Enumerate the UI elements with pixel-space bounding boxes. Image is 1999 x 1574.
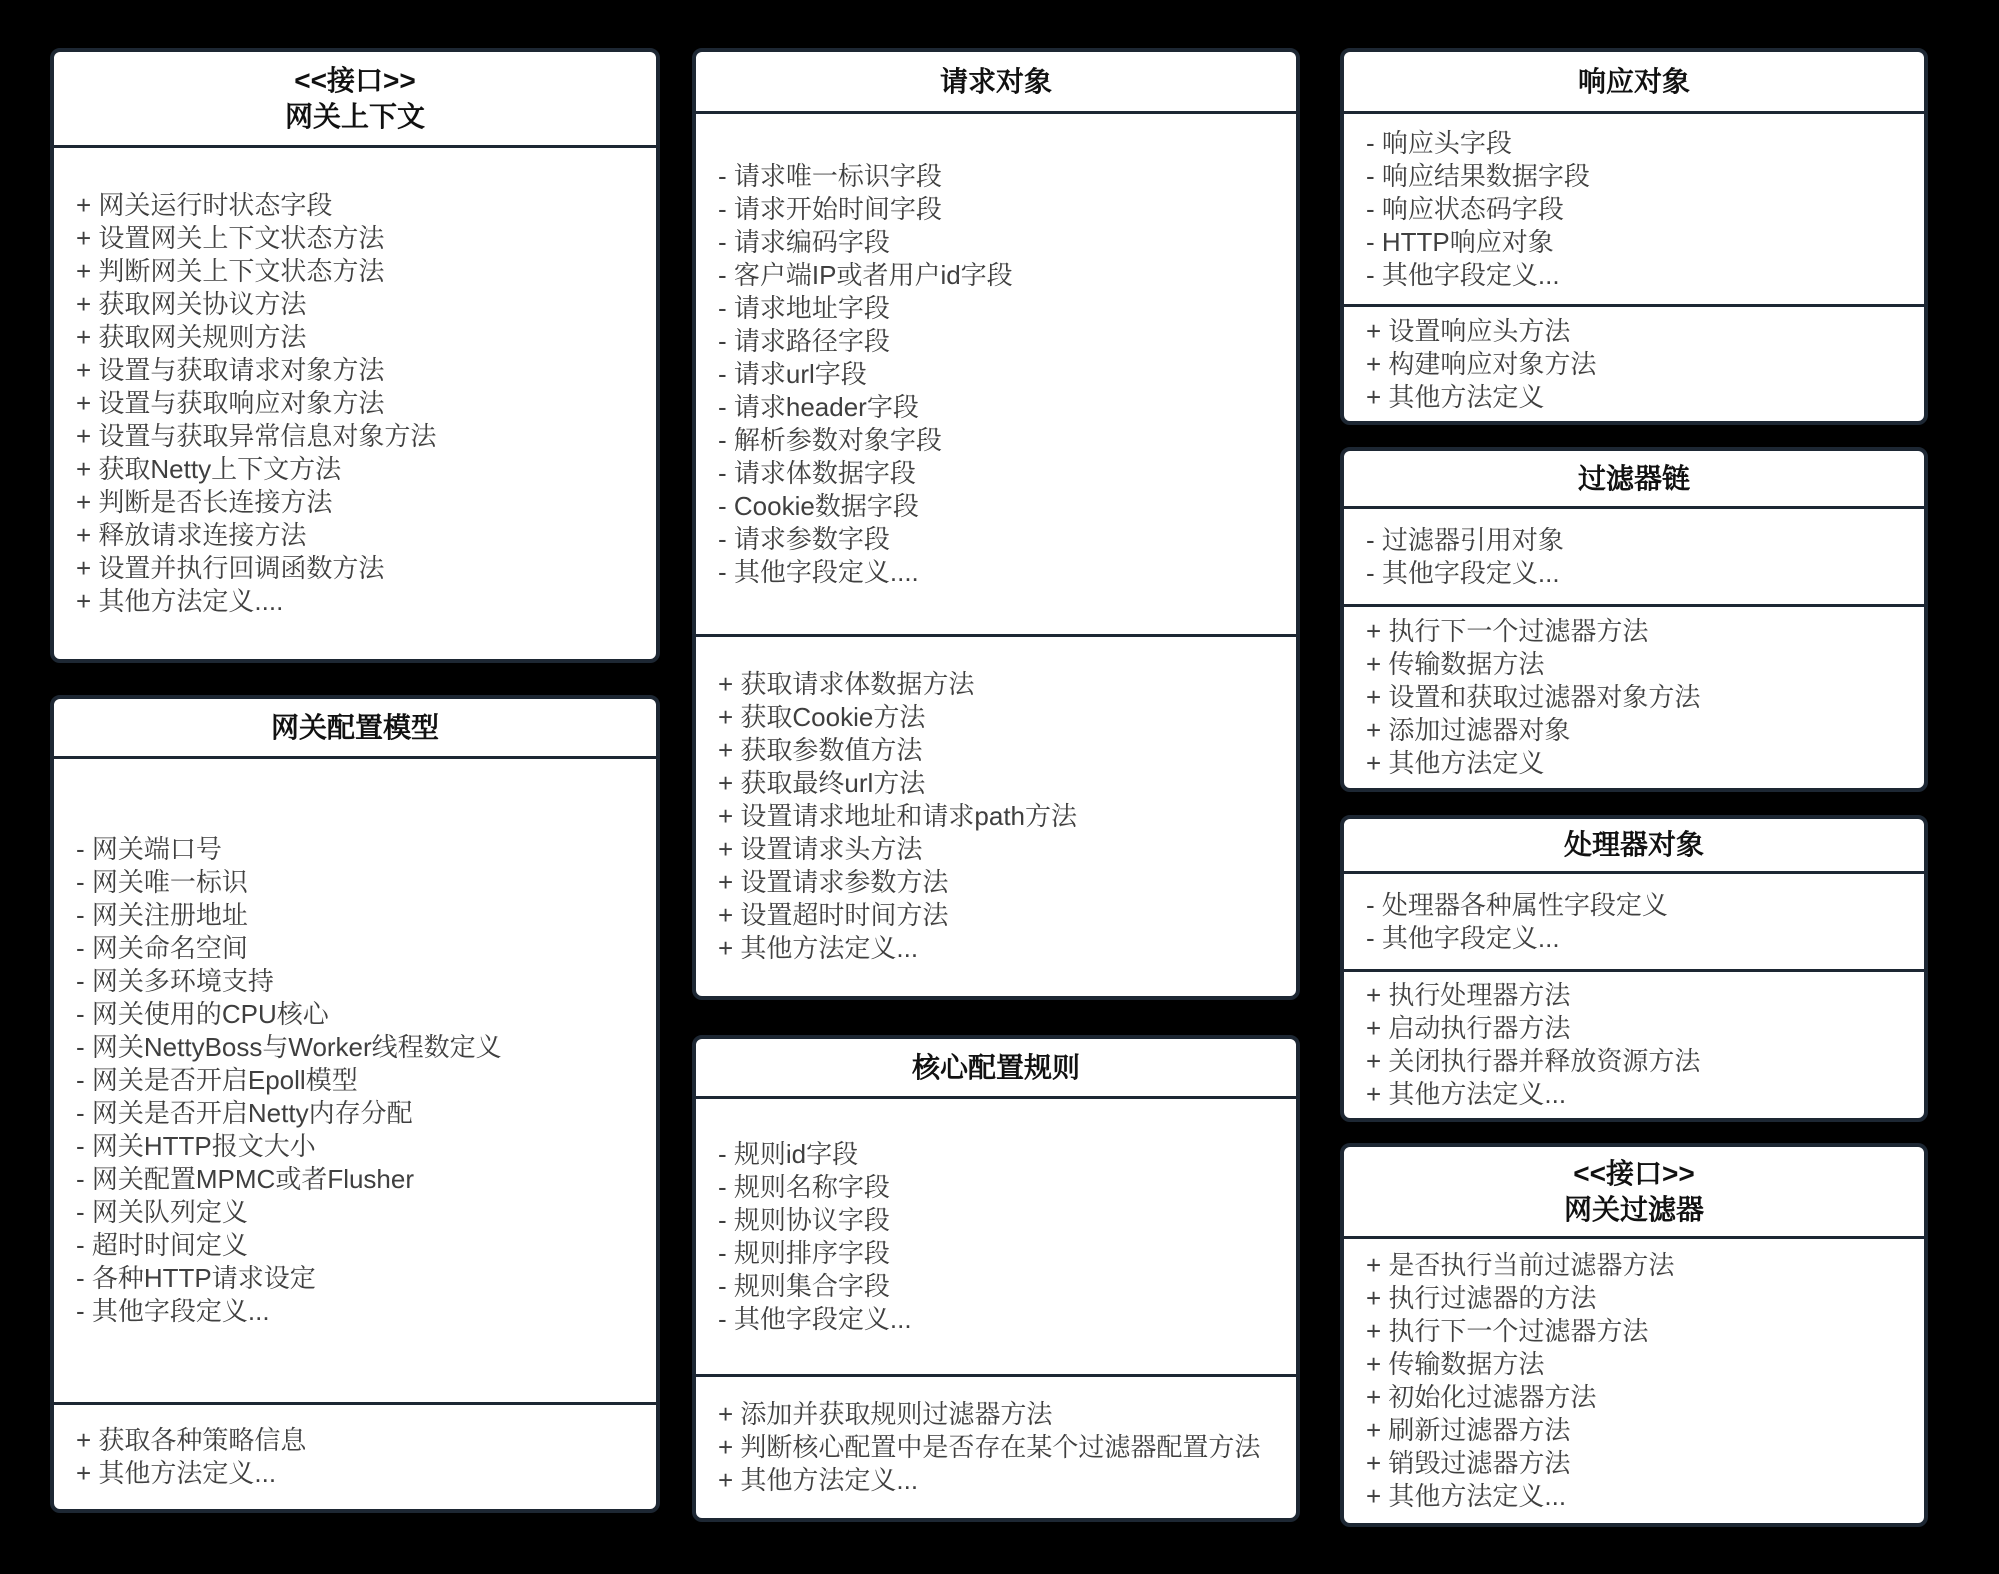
member-row: - 各种HTTP请求设定: [76, 1262, 316, 1295]
member-row: + 判断核心配置中是否存在某个过滤器配置方法: [718, 1431, 1260, 1464]
member-row: - 规则排序字段: [718, 1237, 890, 1270]
member-row: + 获取Netty上下文方法: [76, 453, 341, 486]
fields-section: - 响应头字段- 响应结果数据字段- 响应状态码字段- HTTP响应对象- 其他…: [1344, 114, 1924, 304]
member-row: + 其他方法定义...: [1366, 1480, 1566, 1513]
fields-section: - 过滤器引用对象- 其他字段定义...: [1344, 509, 1924, 604]
member-row: - 请求header字段: [718, 391, 919, 424]
member-row: + 传输数据方法: [1366, 648, 1544, 681]
member-row: - 其他字段定义...: [1366, 922, 1560, 955]
member-row: - 请求编码字段: [718, 226, 890, 259]
member-row: + 其他方法定义...: [1366, 1078, 1566, 1111]
class-header-filter-chain: 过滤器链: [1344, 451, 1924, 509]
fields-section: - 规则id字段- 规则名称字段- 规则协议字段- 规则排序字段- 规则集合字段…: [696, 1099, 1296, 1374]
member-row: + 是否执行当前过滤器方法: [1366, 1249, 1674, 1282]
member-row: - 网关是否开启Epoll模型: [76, 1064, 358, 1097]
member-row: - 网关唯一标识: [76, 866, 248, 899]
class-name: 核心配置规则: [912, 1050, 1080, 1086]
class-box-filter-chain: 过滤器链 - 过滤器引用对象- 其他字段定义... + 执行下一个过滤器方法+ …: [1340, 447, 1928, 792]
member-row: - 网关HTTP报文大小: [76, 1130, 316, 1163]
member-row: + 判断是否长连接方法: [76, 486, 332, 519]
class-header-gateway-config-model: 网关配置模型: [54, 699, 656, 759]
class-header-response-object: 响应对象: [1344, 52, 1924, 114]
stereotype-label: <<接口>>: [294, 63, 415, 99]
member-row: + 设置和获取过滤器对象方法: [1366, 681, 1700, 714]
methods-section: + 设置响应头方法+ 构建响应对象方法+ 其他方法定义: [1344, 304, 1924, 421]
member-row: - 响应状态码字段: [1366, 193, 1564, 226]
fields-section: - 请求唯一标识字段- 请求开始时间字段- 请求编码字段- 客户端IP或者用户i…: [696, 114, 1296, 634]
member-row: - 过滤器引用对象: [1366, 524, 1564, 557]
member-row: + 执行下一个过滤器方法: [1366, 1315, 1648, 1348]
uml-class-diagram: <<接口>> 网关上下文 + 网关运行时状态字段+ 设置网关上下文状态方法+ 判…: [0, 0, 1999, 1574]
member-row: + 其他方法定义...: [76, 1457, 276, 1490]
methods-section: + 添加并获取规则过滤器方法+ 判断核心配置中是否存在某个过滤器配置方法+ 其他…: [696, 1374, 1296, 1518]
member-row: + 其他方法定义...: [718, 932, 918, 965]
member-row: - 请求参数字段: [718, 523, 890, 556]
member-row: - 规则集合字段: [718, 1270, 890, 1303]
member-row: + 获取网关规则方法: [76, 321, 306, 354]
member-row: - 解析参数对象字段: [718, 424, 942, 457]
class-header-request-object: 请求对象: [696, 52, 1296, 114]
member-row: + 关闭执行器并释放资源方法: [1366, 1045, 1700, 1078]
class-name: 响应对象: [1578, 64, 1690, 100]
member-row: - 请求地址字段: [718, 292, 890, 325]
member-row: - HTTP响应对象: [1366, 226, 1554, 259]
member-row: + 获取请求体数据方法: [718, 668, 974, 701]
member-row: + 设置与获取请求对象方法: [76, 354, 384, 387]
member-row: - 规则名称字段: [718, 1171, 890, 1204]
member-row: - 网关多环境支持: [76, 965, 274, 998]
member-row: - 其他字段定义...: [76, 1295, 270, 1328]
member-row: - 网关是否开启Netty内存分配: [76, 1097, 413, 1130]
class-name: 网关配置模型: [271, 710, 439, 746]
member-row: - Cookie数据字段: [718, 490, 919, 523]
member-row: + 设置请求地址和请求path方法: [718, 800, 1077, 833]
member-row: + 传输数据方法: [1366, 1348, 1544, 1381]
member-row: + 设置请求参数方法: [718, 866, 948, 899]
member-row: + 获取各种策略信息: [76, 1424, 306, 1457]
methods-section: + 获取请求体数据方法+ 获取Cookie方法+ 获取参数值方法+ 获取最终ur…: [696, 634, 1296, 996]
member-row: - 请求路径字段: [718, 325, 890, 358]
fields-section: - 网关端口号- 网关唯一标识- 网关注册地址- 网关命名空间- 网关多环境支持…: [54, 759, 656, 1402]
member-row: + 设置请求头方法: [718, 833, 922, 866]
member-row: + 获取参数值方法: [718, 734, 922, 767]
member-row: - 请求唯一标识字段: [718, 160, 942, 193]
member-row: + 获取网关协议方法: [76, 288, 306, 321]
class-name: 处理器对象: [1564, 827, 1704, 863]
class-box-gateway-config-model: 网关配置模型 - 网关端口号- 网关唯一标识- 网关注册地址- 网关命名空间- …: [50, 695, 660, 1513]
member-row: + 网关运行时状态字段: [76, 189, 332, 222]
member-row: - 网关NettyBoss与Worker线程数定义: [76, 1031, 502, 1064]
member-row: + 设置网关上下文状态方法: [76, 222, 384, 255]
class-name: 网关过滤器: [1564, 1192, 1704, 1228]
member-row: - 网关命名空间: [76, 932, 248, 965]
class-header-gateway-context: <<接口>> 网关上下文: [54, 52, 656, 148]
member-row: - 规则id字段: [718, 1138, 858, 1171]
member-row: - 网关注册地址: [76, 899, 248, 932]
class-header-core-config-rule: 核心配置规则: [696, 1039, 1296, 1099]
member-row: + 其他方法定义....: [76, 585, 283, 618]
class-name: 过滤器链: [1578, 461, 1690, 497]
member-row: + 启动执行器方法: [1366, 1012, 1570, 1045]
class-box-request-object: 请求对象 - 请求唯一标识字段- 请求开始时间字段- 请求编码字段- 客户端IP…: [692, 48, 1300, 1000]
class-name: 网关上下文: [285, 99, 425, 135]
member-row: + 其他方法定义: [1366, 381, 1544, 414]
member-row: - 规则协议字段: [718, 1204, 890, 1237]
member-row: + 刷新过滤器方法: [1366, 1414, 1570, 1447]
methods-section: + 执行处理器方法+ 启动执行器方法+ 关闭执行器并释放资源方法+ 其他方法定义…: [1344, 969, 1924, 1118]
methods-section: + 执行下一个过滤器方法+ 传输数据方法+ 设置和获取过滤器对象方法+ 添加过滤…: [1344, 604, 1924, 788]
member-row: - 请求开始时间字段: [718, 193, 942, 226]
member-row: + 销毁过滤器方法: [1366, 1447, 1570, 1480]
class-header-gateway-filter: <<接口>> 网关过滤器: [1344, 1147, 1924, 1239]
methods-section: + 获取各种策略信息+ 其他方法定义...: [54, 1402, 656, 1509]
member-row: - 处理器各种属性字段定义: [1366, 889, 1668, 922]
member-row: - 超时时间定义: [76, 1229, 248, 1262]
class-name: 请求对象: [940, 64, 1052, 100]
member-row: + 其他方法定义: [1366, 747, 1544, 780]
member-row: + 添加并获取规则过滤器方法: [718, 1398, 1052, 1431]
member-row: - 请求体数据字段: [718, 457, 916, 490]
member-row: - 客户端IP或者用户id字段: [718, 259, 1013, 292]
member-row: + 设置与获取响应对象方法: [76, 387, 384, 420]
member-row: - 其他字段定义....: [718, 556, 919, 589]
member-row: + 执行过滤器的方法: [1366, 1282, 1596, 1315]
member-row: - 响应结果数据字段: [1366, 160, 1590, 193]
member-row: - 网关端口号: [76, 833, 222, 866]
member-row: + 获取最终url方法: [718, 767, 925, 800]
member-row: + 执行下一个过滤器方法: [1366, 615, 1648, 648]
class-box-response-object: 响应对象 - 响应头字段- 响应结果数据字段- 响应状态码字段- HTTP响应对…: [1340, 48, 1928, 425]
member-row: + 执行处理器方法: [1366, 979, 1570, 1012]
fields-section: - 处理器各种属性字段定义- 其他字段定义...: [1344, 874, 1924, 969]
member-row: + 构建响应对象方法: [1366, 348, 1596, 381]
member-row: + 设置响应头方法: [1366, 315, 1570, 348]
class-header-handler-object: 处理器对象: [1344, 819, 1924, 874]
member-row: + 获取Cookie方法: [718, 701, 925, 734]
member-row: - 网关队列定义: [76, 1196, 248, 1229]
member-row: - 请求url字段: [718, 358, 867, 391]
member-row: - 其他字段定义...: [1366, 259, 1560, 292]
methods-section: + 网关运行时状态字段+ 设置网关上下文状态方法+ 判断网关上下文状态方法+ 获…: [54, 148, 656, 659]
member-row: + 添加过滤器对象: [1366, 714, 1570, 747]
class-box-gateway-context: <<接口>> 网关上下文 + 网关运行时状态字段+ 设置网关上下文状态方法+ 判…: [50, 48, 660, 663]
class-box-handler-object: 处理器对象 - 处理器各种属性字段定义- 其他字段定义... + 执行处理器方法…: [1340, 815, 1928, 1122]
stereotype-label: <<接口>>: [1573, 1156, 1694, 1192]
member-row: + 设置与获取异常信息对象方法: [76, 420, 436, 453]
member-row: - 其他字段定义...: [1366, 557, 1560, 590]
member-row: + 设置超时时间方法: [718, 899, 948, 932]
member-row: + 判断网关上下文状态方法: [76, 255, 384, 288]
member-row: - 其他字段定义...: [718, 1303, 912, 1336]
member-row: - 网关使用的CPU核心: [76, 998, 329, 1031]
class-box-core-config-rule: 核心配置规则 - 规则id字段- 规则名称字段- 规则协议字段- 规则排序字段-…: [692, 1035, 1300, 1522]
member-row: - 网关配置MPMC或者Flusher: [76, 1163, 414, 1196]
member-row: + 释放请求连接方法: [76, 519, 306, 552]
member-row: + 设置并执行回调函数方法: [76, 552, 384, 585]
member-row: - 响应头字段: [1366, 127, 1512, 160]
class-box-gateway-filter: <<接口>> 网关过滤器 + 是否执行当前过滤器方法+ 执行过滤器的方法+ 执行…: [1340, 1143, 1928, 1527]
member-row: + 初始化过滤器方法: [1366, 1381, 1596, 1414]
methods-section: + 是否执行当前过滤器方法+ 执行过滤器的方法+ 执行下一个过滤器方法+ 传输数…: [1344, 1239, 1924, 1523]
member-row: + 其他方法定义...: [718, 1464, 918, 1497]
